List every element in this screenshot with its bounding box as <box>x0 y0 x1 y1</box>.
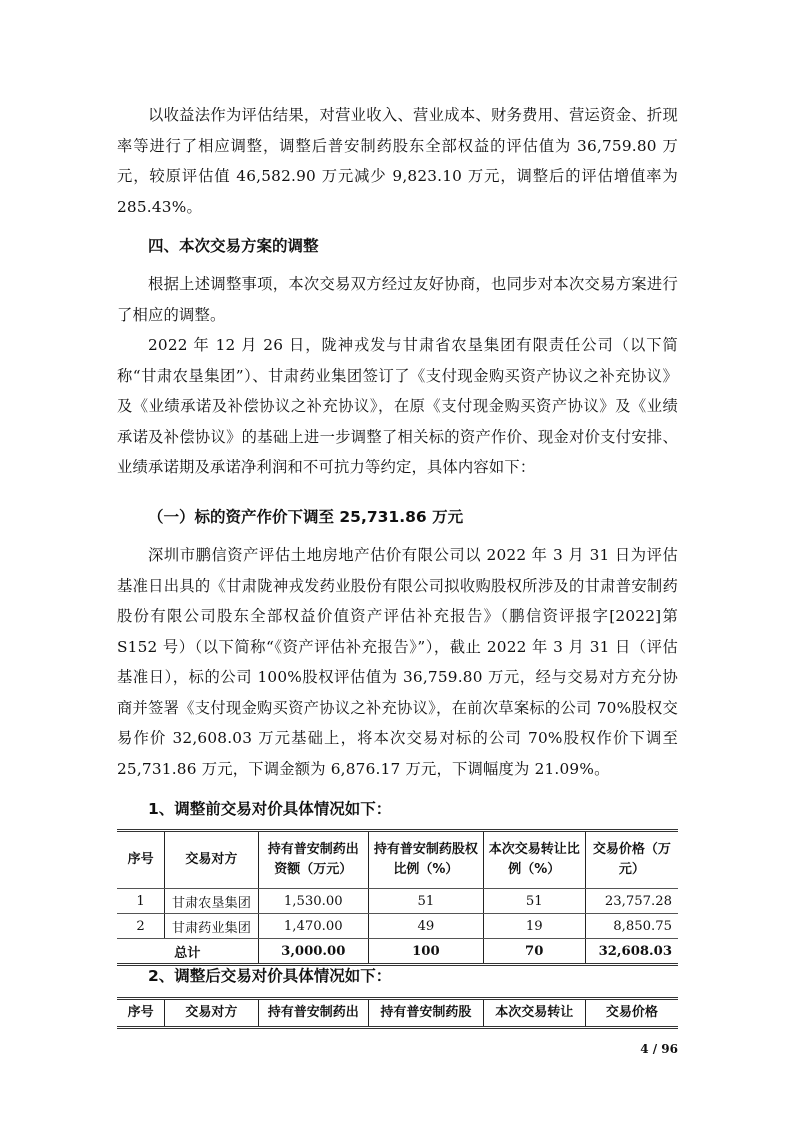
col-header-price: 交易价格（万元） <box>585 831 678 889</box>
document-page: 以收益法作为评估结果，对营业收入、营业成本、财务费用、营运资金、折现率等进行了相… <box>0 0 793 1122</box>
page-number: 4 / 96 <box>640 1042 678 1056</box>
col-header-party: 交易对方 <box>165 831 258 889</box>
table-before-adjustment: 序号 交易对方 持有普安制药出资额（万元） 持有普安制药股权比例（%） 本次交易… <box>117 829 678 966</box>
section-heading-plan-adjustment: 四、本次交易方案的调整 <box>148 234 319 256</box>
col-header-transfer: 本次交易转让比例（%） <box>483 831 585 889</box>
col-header-share: 持有普安制药股权比例（%） <box>369 831 484 889</box>
col-header-no: 序号 <box>117 999 165 1028</box>
table-total-row: 总计 3,000.00 100 70 32,608.03 <box>117 939 678 965</box>
col-header-party: 交易对方 <box>165 999 258 1028</box>
paragraph-valuation-result: 以收益法作为评估结果，对营业收入、营业成本、财务费用、营运资金、折现率等进行了相… <box>117 100 678 222</box>
col-header-capital: 持有普安制药出资额（万元） <box>258 831 368 889</box>
table-header-row: 序号 交易对方 持有普安制药出资额（万元） 持有普安制药股权比例（%） 本次交易… <box>117 831 678 889</box>
table-row: 1 甘肃农垦集团 1,530.00 51 51 23,757.28 <box>117 889 678 914</box>
table-header-row: 序号 交易对方 持有普安制药出 持有普安制药股 本次交易转让 交易价格 <box>117 999 678 1028</box>
table1-title: 1、调整前交易对价具体情况如下： <box>148 797 391 819</box>
paragraph-plan-adjustment: 根据上述调整事项，本次交易双方经过友好协商，也同步对本次交易方案进行了相应的调整… <box>117 269 678 330</box>
table-after-adjustment: 序号 交易对方 持有普安制药出 持有普安制药股 本次交易转让 交易价格 <box>117 997 678 1029</box>
subheading-price-adjustment: （一）标的资产作价下调至 25,731.86 万元 <box>148 505 463 527</box>
col-header-no: 序号 <box>117 831 165 889</box>
table-row: 2 甘肃药业集团 1,470.00 49 19 8,850.75 <box>117 914 678 939</box>
col-header-transfer: 本次交易转让 <box>483 999 585 1028</box>
col-header-share: 持有普安制药股 <box>369 999 484 1028</box>
table2-title: 2、调整后交易对价具体情况如下： <box>148 964 391 986</box>
paragraph-agreement: 2022 年 12 月 26 日，陇神戎发与甘肃省农垦集团有限责任公司（以下简称… <box>117 330 678 483</box>
col-header-capital: 持有普安制药出 <box>258 999 368 1028</box>
col-header-price: 交易价格 <box>585 999 678 1028</box>
paragraph-appraisal-details: 深圳市鹏信资产评估土地房地产估价有限公司以 2022 年 3 月 31 日为评估… <box>117 540 678 784</box>
